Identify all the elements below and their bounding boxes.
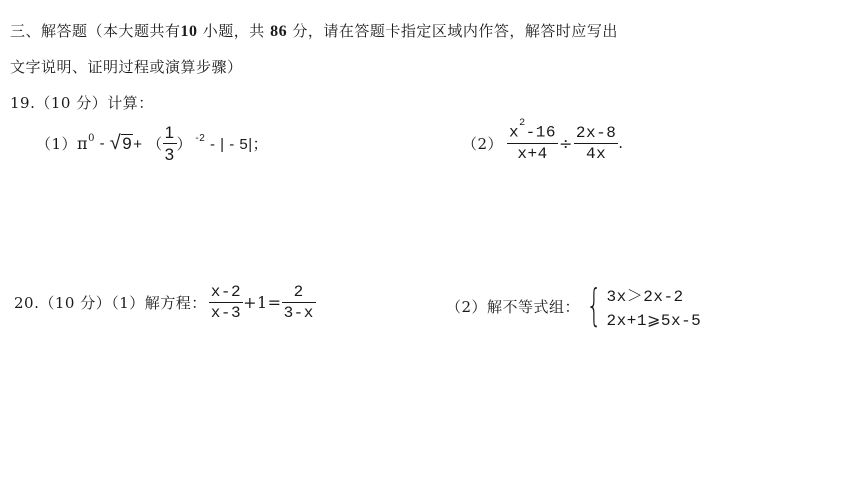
abs-value-term: - | - 5|； — [205, 133, 268, 154]
fraction-one-third: 1 3 — [163, 124, 177, 163]
question-19-label: 19.（10 分）计算： — [10, 92, 154, 113]
exponent: -2 — [192, 133, 205, 144]
numerator: x-2 — [209, 284, 243, 302]
inequality-rows: 3x＞2x-2 2x+1⩾5x-5 — [607, 283, 702, 330]
part-label: （1） — [36, 133, 77, 154]
part-label: （2） — [462, 133, 503, 154]
square-root: √ 9 — [110, 133, 133, 153]
question-20-label: 20.（10 分）（1）解方程： — [14, 292, 207, 313]
pi-symbol: π — [77, 134, 88, 153]
heading-text: 三、解答题（本大题共有 — [10, 22, 181, 40]
inequality-system: { 3x＞2x-2 2x+1⩾5x-5 — [580, 283, 701, 330]
question-20-part2: （2）解不等式组： { 3x＞2x-2 2x+1⩾5x-5 — [446, 282, 701, 330]
inequality-row: 3x＞2x-2 — [607, 283, 702, 306]
period: . — [618, 134, 623, 152]
minus-sign: - — [95, 135, 110, 152]
total-score: 86 — [270, 23, 287, 40]
exponent: 0 — [88, 133, 95, 144]
plus-one-equals: +1= — [243, 293, 282, 312]
fraction-2: 2 3-x — [282, 284, 316, 321]
denominator: x+4 — [507, 143, 558, 162]
question-19-part1: （1） π 0 - √ 9 + （ 1 3 ） -2 - | - 5|； — [36, 120, 268, 166]
close-paren: ） — [177, 133, 193, 154]
radical-icon: √ — [110, 133, 121, 153]
heading-text: 小题，共 — [198, 22, 271, 40]
radicand: 9 — [121, 134, 133, 153]
fraction-2: 2x-8 4x — [574, 125, 618, 162]
denominator: x-3 — [209, 302, 243, 321]
numerator-tail: -16 — [526, 124, 556, 142]
numerator: 2x-8 — [574, 125, 618, 143]
divide-sign: ÷ — [559, 134, 573, 153]
denominator: 4x — [574, 143, 618, 162]
fraction-1: x-2 x-3 — [209, 284, 243, 321]
part-label: （2）解不等式组： — [446, 296, 580, 317]
denominator: 3 — [163, 143, 177, 163]
question-count: 10 — [181, 23, 198, 40]
numerator: 2 — [292, 284, 306, 302]
question-19-part2: （2） x2-16 x+4 ÷ 2x-8 4x . — [462, 120, 624, 166]
question-20-part1: 20.（10 分）（1）解方程： x-2 x-3 +1= 2 3-x — [14, 282, 316, 322]
section-heading-line2: 文字说明、证明过程或演算步骤） — [10, 56, 243, 77]
variable: x — [509, 124, 519, 142]
plus-open-paren: + （ — [133, 133, 162, 154]
denominator: 3-x — [282, 302, 316, 321]
left-brace-icon: { — [586, 284, 602, 328]
numerator: x2-16 — [507, 124, 558, 142]
fraction-1: x2-16 x+4 — [507, 124, 558, 161]
heading-text: 分，请在答题卡指定区域内作答，解答时应写出 — [287, 22, 618, 40]
exponent: 2 — [519, 118, 526, 129]
inequality-row: 2x+1⩾5x-5 — [607, 310, 702, 330]
section-heading-line1: 三、解答题（本大题共有10 小题，共 86 分，请在答题卡指定区域内作答，解答时… — [10, 20, 618, 41]
numerator: 1 — [163, 124, 177, 143]
